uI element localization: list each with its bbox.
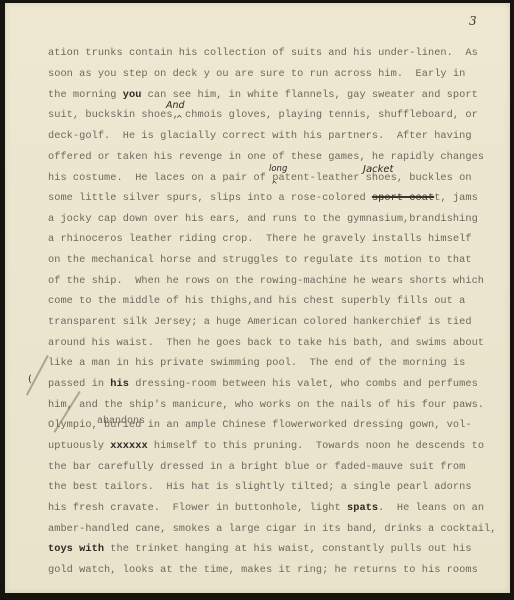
typescript-line: passed in his dressing-room between his … [48,378,478,390]
typescript-line: some little silver spurs, slips into a r… [48,192,478,204]
typed-insertion-abandons: abandons [97,416,145,427]
typescript-line: offered or taken his revenge in one of t… [48,151,484,163]
page-number: 3 [469,14,477,28]
line-text: on the mechanical horse and struggles to… [48,254,472,266]
line-text: come to the middle of his thighs,and his… [48,295,465,307]
struck-text: sport coat [372,192,434,204]
line-text: a jocky cap down over his ears, and runs… [48,213,478,225]
typescript-line: ation trunks contain his collection of s… [48,47,478,59]
line-text: like a man in his private swimming pool.… [48,357,465,369]
typescript-line: deck-golf. He is glacially correct with … [48,130,472,142]
line-text: some little silver spurs, slips into a r… [48,192,372,204]
typescript-line: the best tailors. His hat is slightly ti… [48,481,472,493]
bold-text: xxxxxx [110,440,147,452]
typescript-line: on the mechanical horse and struggles to… [48,254,472,266]
bold-text: toys with [48,543,104,555]
bold-text: spats [347,502,378,514]
typescript-line: suit, buckskin shoes, chmois gloves, pla… [48,109,478,121]
handwritten-insertion-and: And [166,100,185,111]
line-text: of the ship. When he rows on the rowing-… [48,275,484,287]
line-text: uptuously [48,440,110,452]
typescript-line: of the ship. When he rows on the rowing-… [48,275,484,287]
line-text: the bar carefully dressed in a bright bl… [48,461,465,473]
line-text: . He leans on an [378,502,484,514]
typescript-line: uptuously xxxxxx himself to this pruning… [48,440,484,452]
line-text: his costume. He laces on a pair of paten… [48,172,472,184]
typescript-line: transparent silk Jersey; a huge American… [48,316,472,328]
typescript-line: gold watch, looks at the time, makes it … [48,564,478,576]
line-text: suit, buckskin shoes, chmois gloves, pla… [48,109,478,121]
typescript-line: like a man in his private swimming pool.… [48,357,465,369]
handwritten-replacement-jacket: Jacket [363,164,393,175]
line-text: deck-golf. He is glacially correct with … [48,130,472,142]
line-text: can see him, in white flannels, gay swea… [141,89,477,101]
line-text: transparent silk Jersey; a huge American… [48,316,472,328]
line-text: him, and the ship's manicure, who works … [48,399,484,411]
line-text: dressing-room between his valet, who com… [129,378,478,390]
typescript-line: come to the middle of his thighs,and his… [48,295,465,307]
line-text: amber-handled cane, smokes a large cigar… [48,523,497,535]
line-text: around his waist. Then he goes back to t… [48,337,484,349]
line-text: the best tailors. His hat is slightly ti… [48,481,472,493]
typescript-line: the bar carefully dressed in a bright bl… [48,461,465,473]
typescript-line: his fresh cravate. Flower in buttonhole,… [48,502,484,514]
bold-text: his [110,378,129,390]
line-text: his fresh cravate. Flower in buttonhole,… [48,502,347,514]
line-text: a rhinoceros leather riding crop. There … [48,233,472,245]
typescript-line: the morning you can see him, in white fl… [48,89,478,101]
typescript-line: a jocky cap down over his ears, and runs… [48,213,478,225]
insertion-caret: ^ [271,180,278,189]
line-text: gold watch, looks at the time, makes it … [48,564,478,576]
line-text: the morning [48,89,123,101]
line-text: himself to this pruning. Towards noon he… [148,440,484,452]
typescript-line: amber-handled cane, smokes a large cigar… [48,523,497,535]
line-text: the trinket hanging at his waist, consta… [104,543,472,555]
line-text: passed in [48,378,110,390]
line-text: ation trunks contain his collection of s… [48,47,478,59]
insertion-caret: ^ [176,114,183,123]
typescript-line: soon as you step on deck y ou are sure t… [48,68,465,80]
typescript-line: a rhinoceros leather riding crop. There … [48,233,472,245]
line-text: soon as you step on deck y ou are sure t… [48,68,465,80]
line-text: offered or taken his revenge in one of t… [48,151,484,163]
line-text: t, jams [434,192,478,204]
bold-text: you [123,89,142,101]
typescript-line: around his waist. Then he goes back to t… [48,337,484,349]
handwritten-insertion-long: long [269,164,287,174]
typescript-line: his costume. He laces on a pair of paten… [48,172,472,184]
typescript-line: toys with the trinket hanging at his wai… [48,543,472,555]
typescript-line: him, and the ship's manicure, who works … [48,399,484,411]
typescript-page: 3 ation trunks contain his collection of… [5,3,510,593]
